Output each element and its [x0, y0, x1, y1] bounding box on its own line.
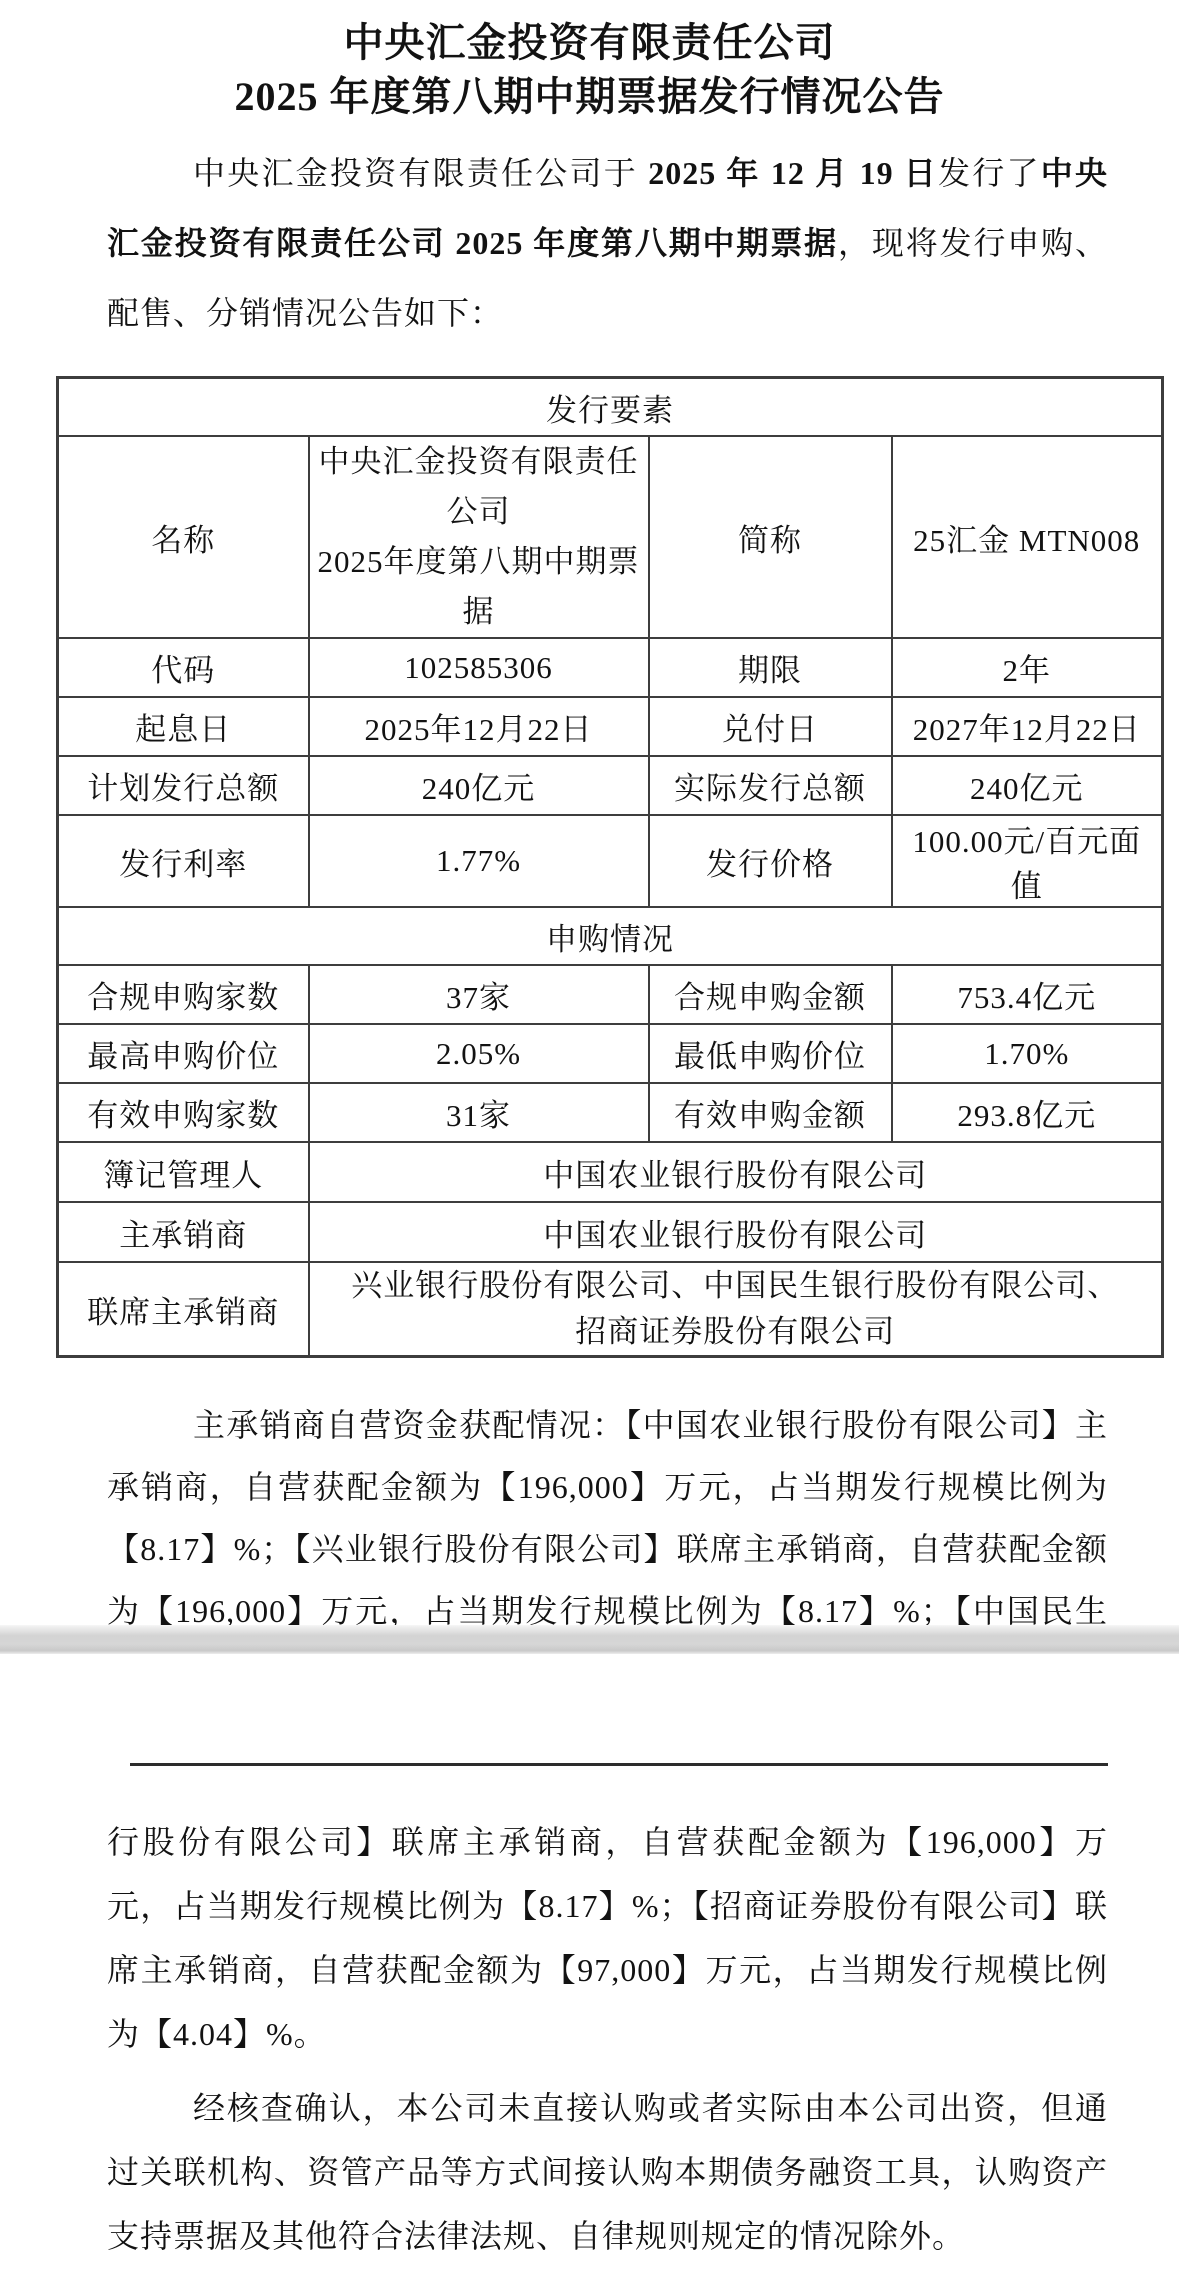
cell-bookrunner-value: 中国农业银行股份有限公司 [309, 1142, 1163, 1202]
cell-joint-lead-value: 兴业银行股份有限公司、中国民生银行股份有限公司、 招商证券股份有限公司 [309, 1262, 1163, 1357]
table-row-bid-prices: 最高申购价位 2.05% 最低申购价位 1.70% [58, 1024, 1163, 1083]
cell-issue-price-value: 100.00元/百元面值 [892, 815, 1163, 907]
cell-highest-bid-label: 最高申购价位 [58, 1024, 309, 1083]
table-row-joint-lead-underwriters: 联席主承销商 兴业银行股份有限公司、中国民生银行股份有限公司、 招商证券股份有限… [58, 1262, 1163, 1357]
intro-paragraph: 中央汇金投资有限责任公司于 2025 年 12 月 19 日发行了中央汇金投资有… [107, 138, 1108, 348]
cell-value-date-value: 2025年12月22日 [309, 697, 649, 756]
table-row-issue-amount: 计划发行总额 240亿元 实际发行总额 240亿元 [58, 756, 1163, 815]
cell-issue-price-label: 发行价格 [649, 815, 892, 907]
allocation-paragraph-page1: 主承销商自营资金获配情况：【中国农业银行股份有限公司】主承销商，自营获配金额为【… [107, 1394, 1108, 1625]
cell-lead-underwriter-label: 主承销商 [58, 1202, 309, 1262]
page-2: 行股份有限公司】联席主承销商，自营获配金额为【196,000】万元，占当期发行规… [0, 1654, 1179, 2278]
cell-valid-amount-label: 有效申购金额 [649, 1083, 892, 1142]
announcement-document: 中央汇金投资有限责任公司 2025 年度第八期中期票据发行情况公告 中央汇金投资… [0, 0, 1179, 2278]
cell-lowest-bid-label: 最低申购价位 [649, 1024, 892, 1083]
cell-planned-amount-value: 240亿元 [309, 756, 649, 815]
cell-abbr-label: 简称 [649, 436, 892, 638]
cell-payment-date-label: 兑付日 [649, 697, 892, 756]
cell-abbr-value: 25汇金 MTN008 [892, 436, 1163, 638]
table-row-value-date: 起息日 2025年12月22日 兑付日 2027年12月22日 [58, 697, 1163, 756]
cell-lowest-bid-value: 1.70% [892, 1024, 1163, 1083]
cell-compliant-amount-label: 合规申购金额 [649, 965, 892, 1024]
section-header-issuance-elements: 发行要素 [58, 378, 1163, 437]
cell-payment-date-value: 2027年12月22日 [892, 697, 1163, 756]
cell-code-value: 102585306 [309, 638, 649, 697]
table-row-compliant-bids: 合规申购家数 37家 合规申购金额 753.4亿元 [58, 965, 1163, 1024]
table-row-name: 名称 中央汇金投资有限责任公司 2025年度第八期中期票据 简称 25汇金 MT… [58, 436, 1163, 638]
table-row-section-subscription: 申购情况 [58, 907, 1163, 965]
cell-bookrunner-label: 簿记管理人 [58, 1142, 309, 1202]
cell-highest-bid-value: 2.05% [309, 1024, 649, 1083]
doc-title-line2: 2025 年度第八期中期票据发行情况公告 [0, 70, 1179, 124]
cell-joint-lead-label: 联席主承销商 [58, 1262, 309, 1357]
table-row-bookrunner: 簿记管理人 中国农业银行股份有限公司 [58, 1142, 1163, 1202]
table-row-section-issuance: 发行要素 [58, 378, 1163, 437]
intro-text-2: 发行了 [938, 155, 1041, 191]
intro-issue-date: 2025 年 12 月 19 日 [648, 155, 938, 191]
doc-title-line1: 中央汇金投资有限责任公司 [0, 16, 1179, 70]
page-break-band [0, 1625, 1179, 1654]
section-header-subscription: 申购情况 [58, 907, 1163, 965]
cell-code-label: 代码 [58, 638, 309, 697]
page2-header-rule [130, 1763, 1108, 1766]
table-row-coupon: 发行利率 1.77% 发行价格 100.00元/百元面值 [58, 815, 1163, 907]
table-row-code: 代码 102585306 期限 2年 [58, 638, 1163, 697]
confirmation-paragraph: 经核查确认，本公司未直接认购或者实际由本公司出资，但通过关联机构、资管产品等方式… [107, 2076, 1108, 2268]
cell-valid-bidders-value: 31家 [309, 1083, 649, 1142]
cell-tenor-label: 期限 [649, 638, 892, 697]
cell-compliant-bidders-value: 37家 [309, 965, 649, 1024]
issuance-table: 发行要素 名称 中央汇金投资有限责任公司 2025年度第八期中期票据 简称 25… [56, 376, 1164, 1358]
allocation-paragraph-page2: 行股份有限公司】联席主承销商，自营获配金额为【196,000】万元，占当期发行规… [107, 1810, 1108, 2066]
cell-valid-amount-value: 293.8亿元 [892, 1083, 1163, 1142]
page-1: 中央汇金投资有限责任公司 2025 年度第八期中期票据发行情况公告 中央汇金投资… [0, 0, 1179, 1625]
cell-compliant-amount-value: 753.4亿元 [892, 965, 1163, 1024]
table-row-lead-underwriter: 主承销商 中国农业银行股份有限公司 [58, 1202, 1163, 1262]
cell-value-date-label: 起息日 [58, 697, 309, 756]
cell-planned-amount-label: 计划发行总额 [58, 756, 309, 815]
cell-compliant-bidders-label: 合规申购家数 [58, 965, 309, 1024]
cell-tenor-value: 2年 [892, 638, 1163, 697]
cell-name-value: 中央汇金投资有限责任公司 2025年度第八期中期票据 [309, 436, 649, 638]
intro-text-1: 中央汇金投资有限责任公司于 [193, 155, 648, 191]
cell-actual-amount-value: 240亿元 [892, 756, 1163, 815]
cell-actual-amount-label: 实际发行总额 [649, 756, 892, 815]
table-row-valid-bids: 有效申购家数 31家 有效申购金额 293.8亿元 [58, 1083, 1163, 1142]
cell-coupon-rate-label: 发行利率 [58, 815, 309, 907]
cell-name-label: 名称 [58, 436, 309, 638]
cell-coupon-rate-value: 1.77% [309, 815, 649, 907]
cell-lead-underwriter-value: 中国农业银行股份有限公司 [309, 1202, 1163, 1262]
cell-valid-bidders-label: 有效申购家数 [58, 1083, 309, 1142]
